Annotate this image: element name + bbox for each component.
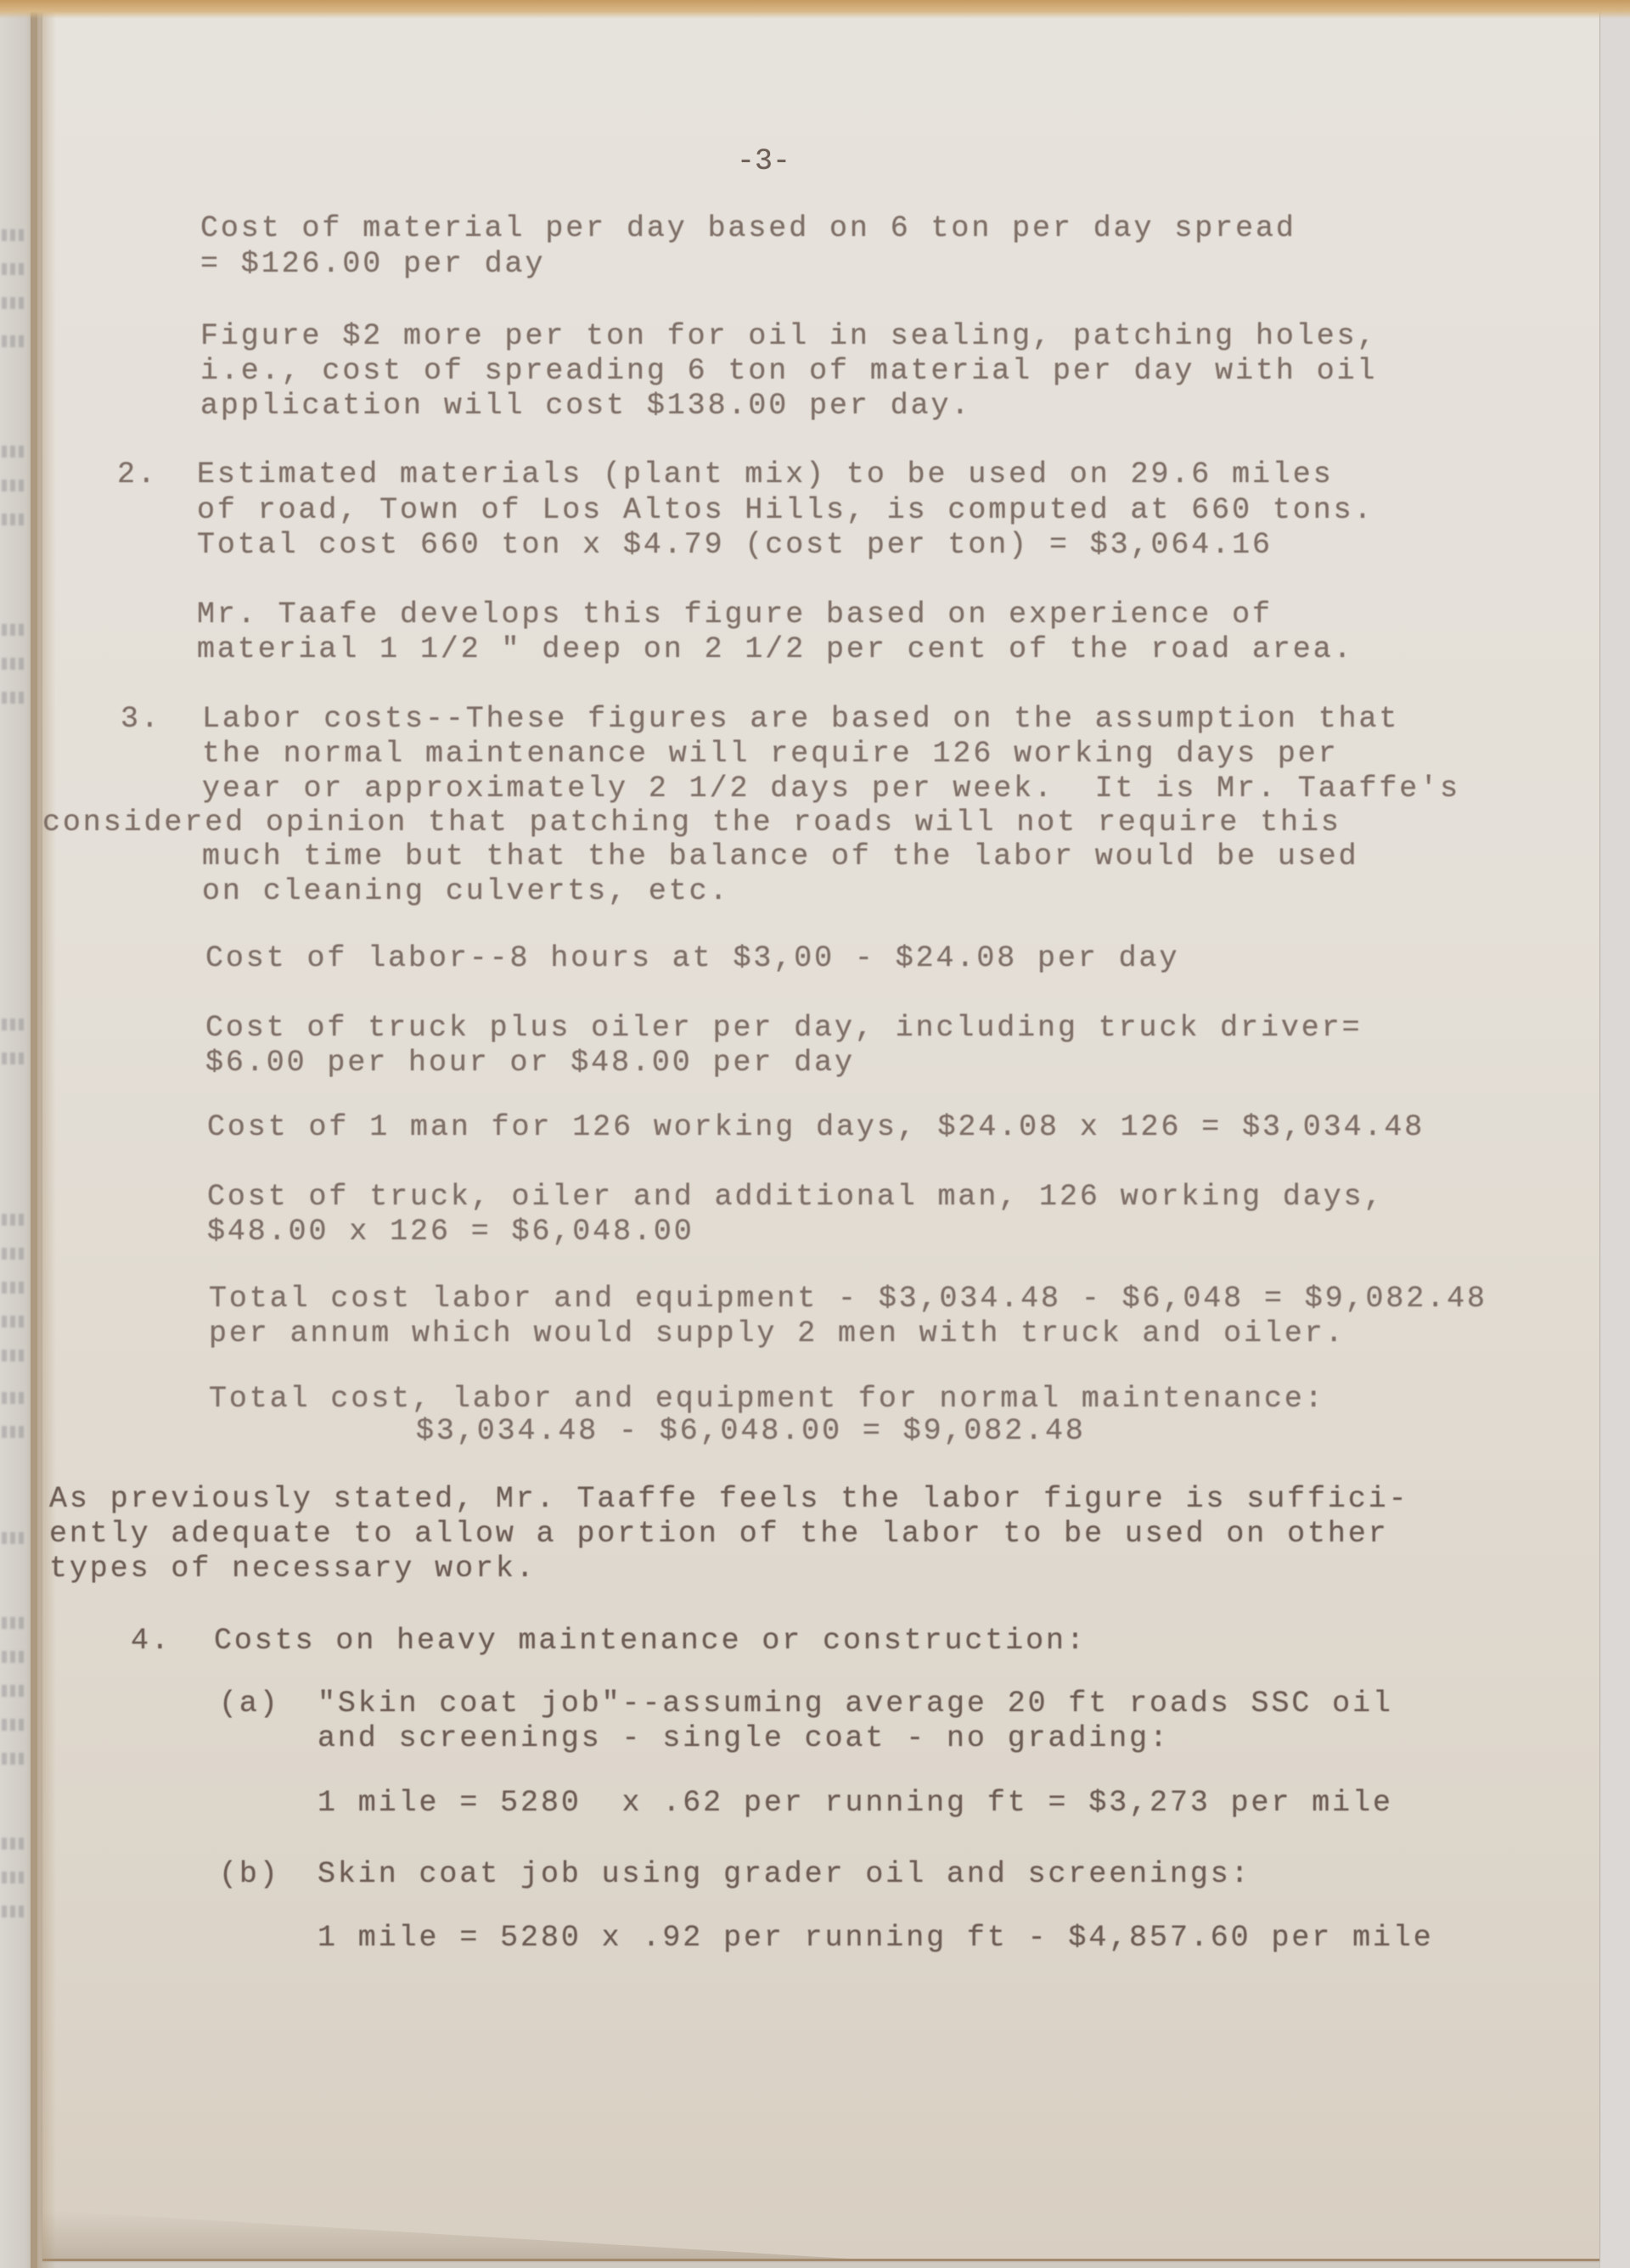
illegible-text-fragment (2, 446, 27, 458)
illegible-text-fragment (2, 692, 27, 704)
illegible-text-fragment (2, 624, 27, 636)
illegible-text-fragment (2, 658, 27, 670)
text-line: ently adequate to allow a portion of the… (49, 1516, 1389, 1552)
illegible-text-fragment (2, 1838, 27, 1850)
page-number: -3- (737, 144, 790, 178)
text-line: $6.00 per hour or $48.00 per day (205, 1045, 855, 1081)
text-line: on cleaning culverts, etc. (202, 873, 730, 909)
illegible-text-fragment (2, 263, 27, 275)
text-line: As previously stated, Mr. Taaffe feels t… (49, 1481, 1409, 1517)
list-number-4: 4. (131, 1623, 171, 1659)
illegible-text-fragment (2, 1282, 27, 1294)
section-heading: Costs on heavy maintenance or constructi… (214, 1623, 1087, 1659)
illegible-text-fragment (2, 514, 27, 525)
sub-item-label-a: (a) (219, 1686, 280, 1721)
text-line: the normal maintenance will require 126 … (202, 736, 1339, 772)
text-line: 1 mile = 5280 x .62 per running ft = $3,… (318, 1785, 1393, 1821)
illegible-text-fragment (2, 297, 27, 309)
text-line: 1 mile = 5280 x .92 per running ft - $4,… (318, 1920, 1434, 1956)
text-line: "Skin coat job"--assuming average 20 ft … (318, 1686, 1393, 1721)
text-line: year or approximately 2 1/2 days per wee… (202, 771, 1460, 806)
text-line: of road, Town of Los Altos Hills, is com… (197, 492, 1374, 528)
illegible-text-fragment (2, 1719, 27, 1731)
text-line: i.e., cost of spreading 6 ton of materia… (200, 353, 1377, 389)
text-line: much time but that the balance of the la… (202, 839, 1359, 874)
illegible-text-fragment (2, 335, 27, 347)
text-line: Labor costs--These figures are based on … (202, 701, 1399, 737)
text-line: Mr. Taafe develops this figure based on … (197, 597, 1273, 632)
text-line: Cost of truck, oiler and additional man,… (207, 1179, 1384, 1215)
illegible-text-fragment (2, 1532, 27, 1544)
illegible-text-fragment (2, 1872, 27, 1883)
illegible-text-fragment (2, 480, 27, 491)
illegible-text-fragment (2, 1753, 27, 1765)
text-line: and screenings - single coat - no gradin… (318, 1721, 1170, 1756)
text-line: Cost of truck plus oiler per day, includ… (205, 1010, 1363, 1046)
illegible-text-fragment (2, 1617, 27, 1629)
text-line: = $126.00 per day (200, 246, 545, 282)
text-line: Skin coat job using grader oil and scree… (318, 1856, 1251, 1892)
page-bottom-edge (42, 2259, 1599, 2261)
text-line: Total cost labor and equipment - $3,034.… (209, 1281, 1487, 1316)
illegible-text-fragment (2, 1651, 27, 1663)
text-line: Estimated materials (plant mix) to be us… (197, 457, 1334, 492)
text-line: $3,034.48 - $6,048.00 = $9,082.48 (416, 1413, 1086, 1449)
illegible-text-fragment (2, 1019, 27, 1030)
sub-item-label-b: (b) (219, 1856, 280, 1892)
text-line: application will cost $138.00 per day. (200, 388, 971, 424)
illegible-text-fragment (2, 1392, 27, 1404)
illegible-text-fragment (2, 1426, 27, 1438)
list-number-3: 3. (121, 701, 161, 737)
illegible-text-fragment (2, 1053, 27, 1064)
illegible-text-fragment (2, 1685, 27, 1697)
text-line: per annum which would supply 2 men with … (209, 1316, 1346, 1351)
illegible-text-fragment (2, 229, 27, 241)
list-number-2: 2. (117, 457, 158, 492)
text-line: Cost of material per day based on 6 ton … (200, 211, 1296, 246)
text-line: Cost of 1 man for 126 working days, $24.… (207, 1109, 1425, 1145)
text-line: considered opinion that patching the roa… (42, 805, 1341, 840)
text-line: types of necessary work. (49, 1551, 537, 1586)
illegible-text-fragment (2, 1214, 27, 1226)
top-binding-edge (0, 0, 1630, 19)
text-line: Total cost, labor and equipment for norm… (209, 1381, 1325, 1417)
text-line: Cost of labor--8 hours at $3,00 - $24.08… (205, 940, 1179, 976)
illegible-text-fragment (2, 1248, 27, 1260)
text-line: $48.00 x 126 = $6,048.00 (207, 1214, 694, 1249)
illegible-text-fragment (2, 1350, 27, 1361)
illegible-text-fragment (2, 1906, 27, 1917)
text-line: Total cost 660 ton x $4.79 (cost per ton… (197, 527, 1273, 563)
illegible-text-fragment (2, 1316, 27, 1328)
page-curl-shadow (42, 2210, 891, 2261)
text-line: Figure $2 more per ton for oil in sealin… (200, 318, 1377, 354)
text-line: material 1 1/2 " deep on 2 1/2 per cent … (197, 632, 1354, 667)
binding-gutter-shadow (31, 0, 56, 2268)
right-background-strip (1599, 0, 1630, 2268)
